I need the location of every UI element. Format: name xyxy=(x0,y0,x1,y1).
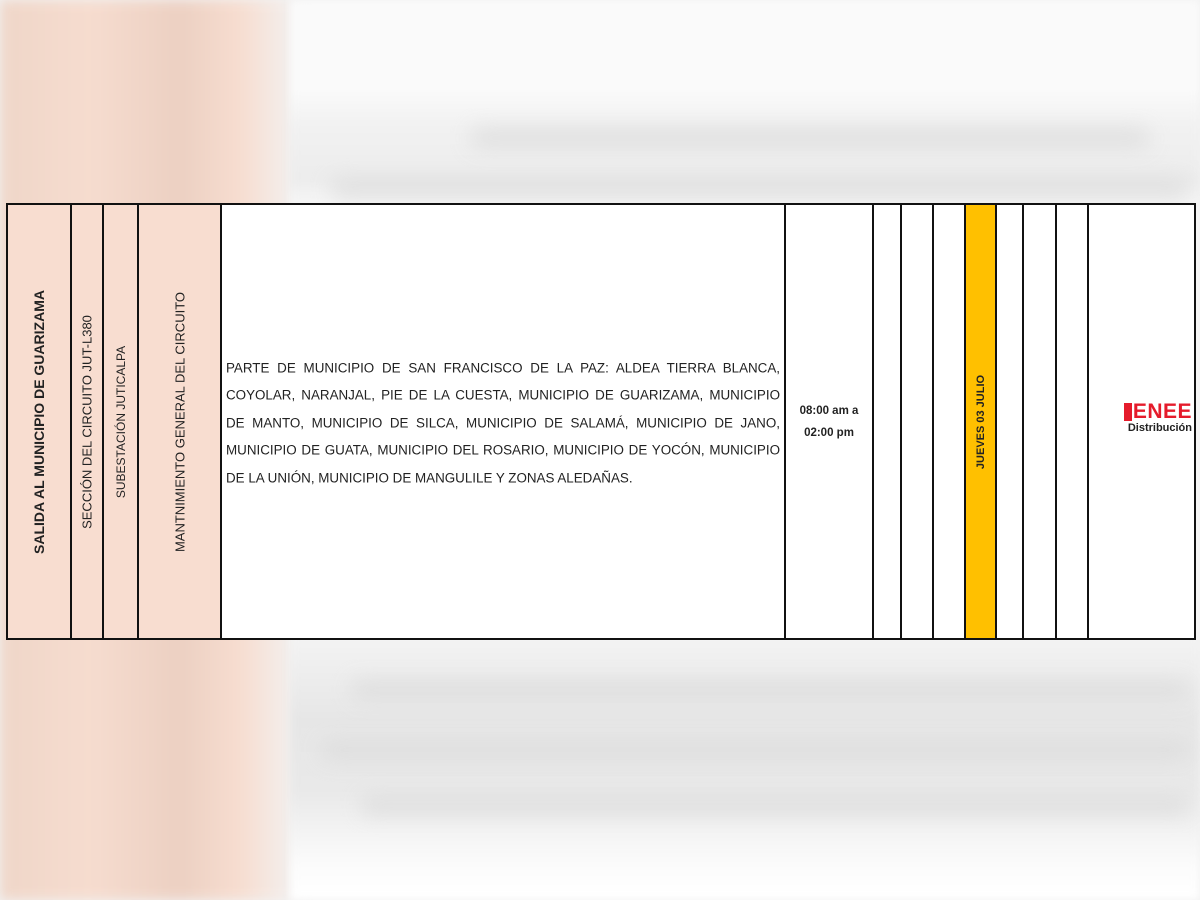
cell-empty xyxy=(934,205,966,638)
subestacion-label: SUBESTACIÓN JUTICALPA xyxy=(114,345,128,497)
cell-zonas: PARTE DE MUNICIPIO DE SAN FRANCISCO DE L… xyxy=(222,205,786,638)
cell-trabajo: MANTNIMIENTO GENERAL DEL CIRCUITO xyxy=(139,205,222,638)
cell-empty xyxy=(874,205,902,638)
cell-empty xyxy=(1057,205,1089,638)
blurred-text-line xyxy=(350,680,1190,700)
blurred-text-line xyxy=(330,178,1190,198)
horario-inicio: 08:00 am a xyxy=(786,400,872,422)
enee-mark-icon xyxy=(1124,403,1132,421)
outage-schedule-table: SALIDA AL MUNICIPIO DE GUARIZAMA SECCIÓN… xyxy=(6,203,1196,640)
logo-brand: ENEE xyxy=(1133,400,1192,423)
fecha-label: JUEVES 03 JULIO xyxy=(975,374,987,468)
zonas-afectadas-text: PARTE DE MUNICIPIO DE SAN FRANCISCO DE L… xyxy=(226,352,780,492)
blurred-text-line xyxy=(320,740,1190,760)
cell-fecha: JUEVES 03 JULIO xyxy=(966,205,997,638)
seccion-label: SECCIÓN DEL CIRCUITO JUT-L380 xyxy=(80,315,95,529)
salida-label: SALIDA AL MUNICIPIO DE GUARIZAMA xyxy=(31,290,47,554)
horario-text: 08:00 am a 02:00 pm xyxy=(786,400,872,444)
cell-horario: 08:00 am a 02:00 pm xyxy=(786,205,874,638)
cell-empty xyxy=(997,205,1024,638)
cell-subestacion: SUBESTACIÓN JUTICALPA xyxy=(104,205,139,638)
cell-salida: SALIDA AL MUNICIPIO DE GUARIZAMA xyxy=(8,205,72,638)
trabajo-label: MANTNIMIENTO GENERAL DEL CIRCUITO xyxy=(172,291,187,551)
blurred-text-line xyxy=(360,795,1190,815)
cell-empty xyxy=(1024,205,1057,638)
cell-empty xyxy=(902,205,934,638)
logo-subtitle: Distribución xyxy=(1089,421,1192,435)
blurred-text-line xyxy=(470,128,1150,148)
cell-seccion: SECCIÓN DEL CIRCUITO JUT-L380 xyxy=(72,205,104,638)
horario-fin: 02:00 pm xyxy=(786,422,872,444)
cell-logo: ENEE Distribución xyxy=(1089,205,1194,638)
enee-logo: ENEE Distribución xyxy=(1089,402,1194,435)
